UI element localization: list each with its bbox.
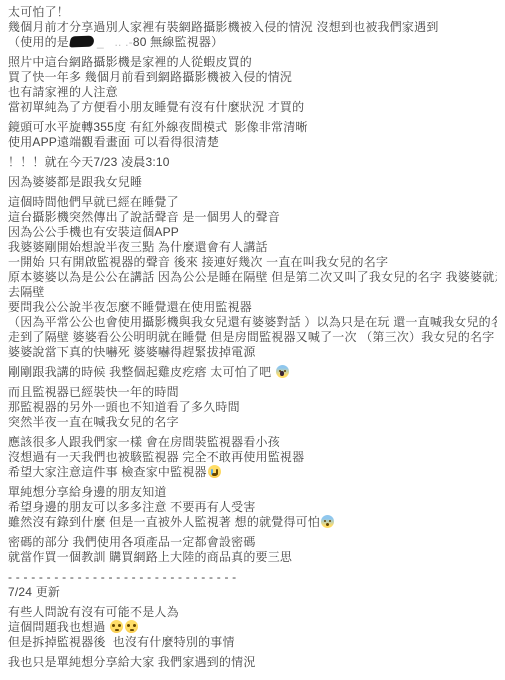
text-line: ！！！就在今天7/23 凌晨3:10 [8,155,497,170]
text-segment: 希望身邊的朋友可以多多注意 不要再有人受害 [8,500,256,514]
text-segment: 這個問題我也想過 [8,620,109,634]
text-line: 也有請家裡的人注意 [8,85,497,100]
text-line: 買了快一年多 幾個月前看到網路攝影機被入侵的情況 [8,70,497,85]
text-segment: 婆婆說當下真的快嚇死 婆婆嚇得趕緊拔掉電源 [8,345,256,359]
text-line: 雖然沒有錄到什麼 但是一直被外人監視著 想的就覺得可怕 [8,515,497,530]
text-line: （因為平常公公也會使用攝影機與我女兒還有婆婆對話 ）以為只是在玩 還一直喊我女兒… [8,315,497,330]
text-segment: 我婆婆剛開始想說半夜三點 為什麼還會有人講話 [8,240,268,254]
text-segment: 剛剛跟我講的時候 我整個起雞皮疙瘩 太可怕了吧 [8,365,275,379]
text-line: 單純想分享給身邊的朋友知道 [8,485,497,500]
flushed-face-emoji [110,620,123,633]
scream-face-emoji [276,365,289,378]
redaction-scribble [69,36,95,48]
faded-text-segment: _ .. .- [97,35,133,49]
text-line: 我婆婆剛開始想說半夜三點 為什麼還會有人講話 [8,240,497,255]
text-line: 原本婆婆以為是公公在講話 因為公公是睡在隔壁 但是第二次又叫了我女兒的名字 我婆… [8,270,497,285]
post-paragraph: 照片中這台網路攝影機是家裡的人從蝦皮買的買了快一年多 幾個月前看到網路攝影機被入… [8,55,497,115]
text-line: 密碼的部分 我們使用各項產品一定都會設密碼 [8,535,497,550]
text-segment: 7/24 更新 [8,585,60,599]
post-paragraph: 剛剛跟我講的時候 我整個起雞皮疙瘩 太可怕了吧 [8,365,497,380]
text-segment: 80 無線監視器） [133,35,223,49]
text-segment: 這台攝影機突然傳出了說話聲音 是一個男人的聲音 [8,210,280,224]
text-line: 應該很多人跟我們家一樣 會在房間裝監視器看小孩 [8,435,497,450]
text-segment: 但是拆掉監視器後 也沒有什麼特別的事情 [8,635,235,649]
text-line: 使用APP遠端觀看畫面 可以看得很清楚 [8,135,497,150]
text-segment: 我也只是單純想分享給大家 我們家遇到的情況 [8,655,256,669]
text-line: 突然半夜一直在喊我女兒的名字 [8,415,497,430]
text-line: 希望身邊的朋友可以多多注意 不要再有人受害 [8,500,497,515]
text-line: 這台攝影機突然傳出了說話聲音 是一個男人的聲音 [8,210,497,225]
text-line: 有些人問說有沒有可能不是人為 [8,605,497,620]
text-segment: 也有請家裡的人注意 [8,85,118,99]
text-line: 太可怕了！ [8,5,497,20]
post-paragraph: 鏡頭可水平旋轉355度 有紅外線夜間模式 影像非常清晰使用APP遠端觀看畫面 可… [8,120,497,150]
fearful-face-emoji [321,515,334,528]
text-segment: 原本婆婆以為是公公在講話 因為公公是睡在隔壁 但是第二次又叫了我女兒的名字 我婆… [8,270,497,284]
text-line: 這個時間他們早就已經在睡覺了 [8,195,497,210]
text-segment: 一開始 只有開啟監視器的聲音 後來 接連好幾次 一直在叫我女兒的名字 [8,255,388,269]
text-segment: 就當作買一個教訓 購買網路上大陸的商品真的要三思 [8,550,292,564]
text-line: 一開始 只有開啟監視器的聲音 後來 接連好幾次 一直在叫我女兒的名字 [8,255,497,270]
text-line: 而且監視器已經裝快一年的時間 [8,385,497,400]
text-line: 鏡頭可水平旋轉355度 有紅外線夜間模式 影像非常清晰 [8,120,497,135]
post-paragraph: 密碼的部分 我們使用各項產品一定都會設密碼就當作買一個教訓 購買網路上大陸的商品… [8,535,497,565]
post-paragraph: - - - - - - - - - - - - - - - - - - - - … [8,570,497,600]
post-paragraph: 因為婆婆都是跟我女兒睡 [8,175,497,190]
post-paragraph: 而且監視器已經裝快一年的時間那監視器的另外一頭也不知道看了多久時間突然半夜一直在… [8,385,497,430]
text-line: 希望大家注意這件事 檢查家中監視器 [8,465,497,480]
text-segment: 照片中這台網路攝影機是家裡的人從蝦皮買的 [8,55,252,69]
post-paragraph: ！！！就在今天7/23 凌晨3:10 [8,155,497,170]
text-segment: 這個時間他們早就已經在睡覺了 [8,195,179,209]
text-line: 照片中這台網路攝影機是家裡的人從蝦皮買的 [8,55,497,70]
text-line: 但是拆掉監視器後 也沒有什麼特別的事情 [8,635,497,650]
text-segment: （因為平常公公也會使用攝影機與我女兒還有婆婆對話 ）以為只是在玩 還一直喊我女兒… [8,315,497,329]
text-segment: 當初單純為了方便看小朋友睡覺有沒有什麼狀況 才買的 [8,100,304,114]
post-paragraph: 應該很多人跟我們家一樣 會在房間裝監視器看小孩沒想過有一天我們也被駭監視器 完全… [8,435,497,480]
text-line: 沒想過有一天我們也被駭監視器 完全不敢再使用監視器 [8,450,497,465]
sob-face-emoji [208,465,221,478]
text-segment: 去隔壁 [8,285,45,299]
text-segment: 走到了隔壁 婆婆看公公明明就在睡覺 但是房間監視器又喊了一次 （第三次）我女兒的… [8,330,494,344]
text-line: 要問我公公說半夜怎麼不睡覺還在使用監視器 [8,300,497,315]
text-segment: 買了快一年多 幾個月前看到網路攝影機被入侵的情況 [8,70,292,84]
text-line: 剛剛跟我講的時候 我整個起雞皮疙瘩 太可怕了吧 [8,365,497,380]
text-segment: 希望大家注意這件事 檢查家中監視器 [8,465,207,479]
text-segment: 要問我公公說半夜怎麼不睡覺還在使用監視器 [8,300,252,314]
text-line: 走到了隔壁 婆婆看公公明明就在睡覺 但是房間監視器又喊了一次 （第三次）我女兒的… [8,330,497,345]
text-line: 就當作買一個教訓 購買網路上大陸的商品真的要三思 [8,550,497,565]
text-line: 這個問題我也想過 [8,620,497,635]
text-line: 7/24 更新 [8,585,497,600]
text-segment: 單純想分享給身邊的朋友知道 [8,485,167,499]
flushed-face-emoji [125,620,138,633]
post-paragraph: 有些人問說有沒有可能不是人為這個問題我也想過 但是拆掉監視器後 也沒有什麼特別的… [8,605,497,650]
text-segment: 使用APP遠端觀看畫面 可以看得很清楚 [8,135,219,149]
text-segment: 雖然沒有錄到什麼 但是一直被外人監視著 想的就覺得可怕 [8,515,320,529]
text-segment: 有些人問說有沒有可能不是人為 [8,605,179,619]
text-segment: 突然半夜一直在喊我女兒的名字 [8,415,179,429]
text-line: 因為婆婆都是跟我女兒睡 [8,175,497,190]
text-line: 婆婆說當下真的快嚇死 婆婆嚇得趕緊拔掉電源 [8,345,497,360]
text-line: 因為公公手機也有安裝這個APP [8,225,497,240]
post-paragraph: 我也只是單純想分享給大家 我們家遇到的情況 [8,655,497,670]
post-paragraph: 太可怕了！幾個月前才分享過別人家裡有裝網路攝影機被入侵的情況 沒想到也被我們家遇… [8,5,497,50]
post-body: 太可怕了！幾個月前才分享過別人家裡有裝網路攝影機被入侵的情況 沒想到也被我們家遇… [0,0,505,670]
text-line: 去隔壁 [8,285,497,300]
text-line: 我也只是單純想分享給大家 我們家遇到的情況 [8,655,497,670]
text-segment: 鏡頭可水平旋轉355度 有紅外線夜間模式 影像非常清晰 [8,120,308,134]
post-paragraph: 單純想分享給身邊的朋友知道希望身邊的朋友可以多多注意 不要再有人受害雖然沒有錄到… [8,485,497,530]
text-segment: 因為公公手機也有安裝這個APP [8,225,179,239]
text-line: 當初單純為了方便看小朋友睡覺有沒有什麼狀況 才買的 [8,100,497,115]
text-segment: 而且監視器已經裝快一年的時間 [8,385,179,399]
text-line: - - - - - - - - - - - - - - - - - - - - … [8,570,497,585]
text-segment: 密碼的部分 我們使用各項產品一定都會設密碼 [8,535,256,549]
text-segment: ！！！就在今天7/23 凌晨3:10 [8,155,170,169]
text-segment: 那監視器的另外一頭也不知道看了多久時間 [8,400,240,414]
post-paragraph: 這個時間他們早就已經在睡覺了這台攝影機突然傳出了說話聲音 是一個男人的聲音因為公… [8,195,497,360]
text-segment: - - - - - - - - - - - - - - - - - - - - … [8,570,236,584]
text-line: 幾個月前才分享過別人家裡有裝網路攝影機被入侵的情況 沒想到也被我們家遇到 [8,20,497,35]
text-line: 那監視器的另外一頭也不知道看了多久時間 [8,400,497,415]
text-line: （使用的是_ .. .-80 無線監視器） [8,35,497,50]
text-segment: 幾個月前才分享過別人家裡有裝網路攝影機被入侵的情況 沒想到也被我們家遇到 [8,20,439,34]
text-segment: （使用的是 [8,35,69,49]
text-segment: 太可怕了！ [8,5,69,19]
text-segment: 因為婆婆都是跟我女兒睡 [8,175,142,189]
text-segment: 沒想過有一天我們也被駭監視器 完全不敢再使用監視器 [8,450,304,464]
text-segment: 應該很多人跟我們家一樣 會在房間裝監視器看小孩 [8,435,280,449]
